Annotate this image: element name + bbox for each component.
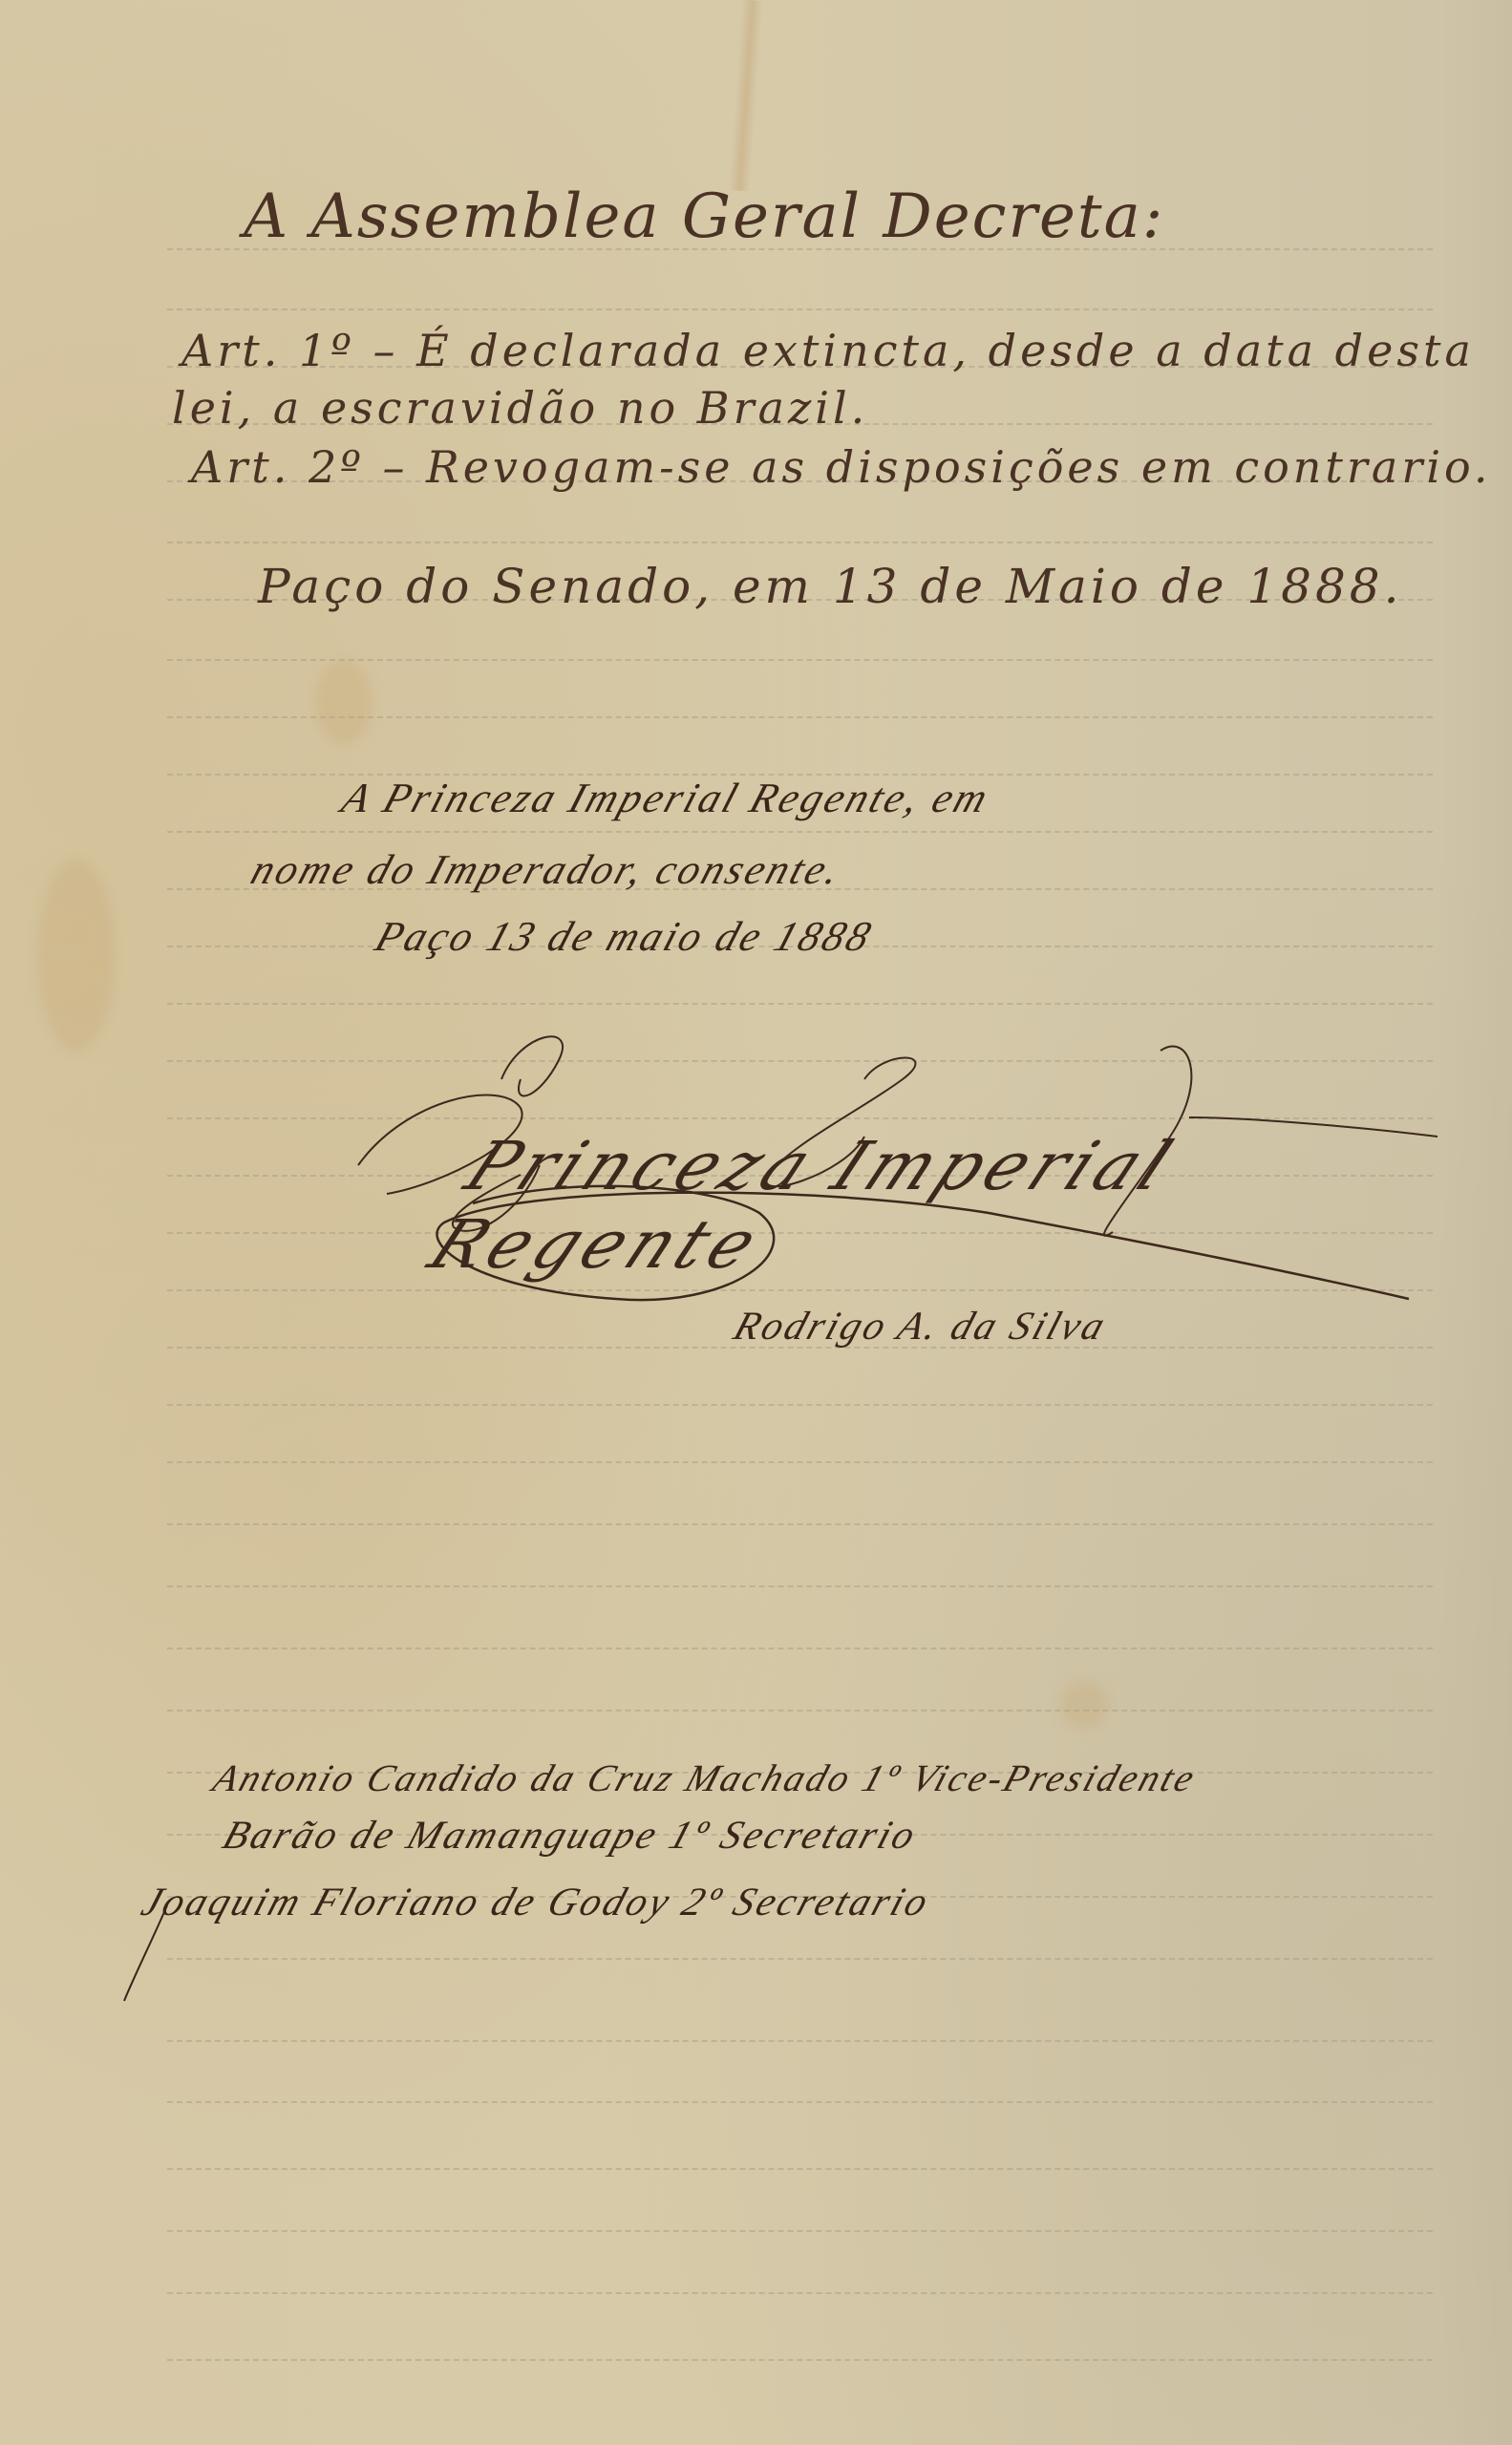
paper-stain [1060,1681,1108,1729]
signature-stroke-icon [115,1901,191,2006]
signature-text: Princeza Imperial Regente [417,1127,1493,1284]
sanction-line-1: A Princeza Imperial Regente, em [336,774,997,822]
signatory-second-secretary: Joaquim Floriano de Godoy 2º Secretario [136,1880,936,1925]
princess-signature: Princeza Imperial Regente [330,1022,1457,1308]
paper-stain [315,659,373,745]
sanction-line-3: Paço 13 de maio de 1888 [370,912,880,961]
paper-stain [38,860,115,1051]
sanction-line-2: nome do Imperador, consente. [245,845,849,894]
article-1-line-1: Art. 1º – É declarada extincta, desde a … [181,325,1475,376]
decree-title: A Assemblea Geral Decreta: [244,181,1164,252]
signatory-first-secretary: Barão de Mamanguape 1º Secretario [217,1813,924,1859]
countersignature: Rodrigo A. da Silva [728,1304,1113,1350]
signatory-vice-president: Antonio Candido da Cruz Machado 1º Vice-… [207,1755,1203,1800]
place-date: Paço do Senado, em 13 de Maio de 1888. [258,559,1402,614]
article-1-line-2: lei, a escravidão no Brazil. [172,382,868,434]
article-2: Art. 2º – Revogam-se as disposições em c… [191,441,1492,493]
